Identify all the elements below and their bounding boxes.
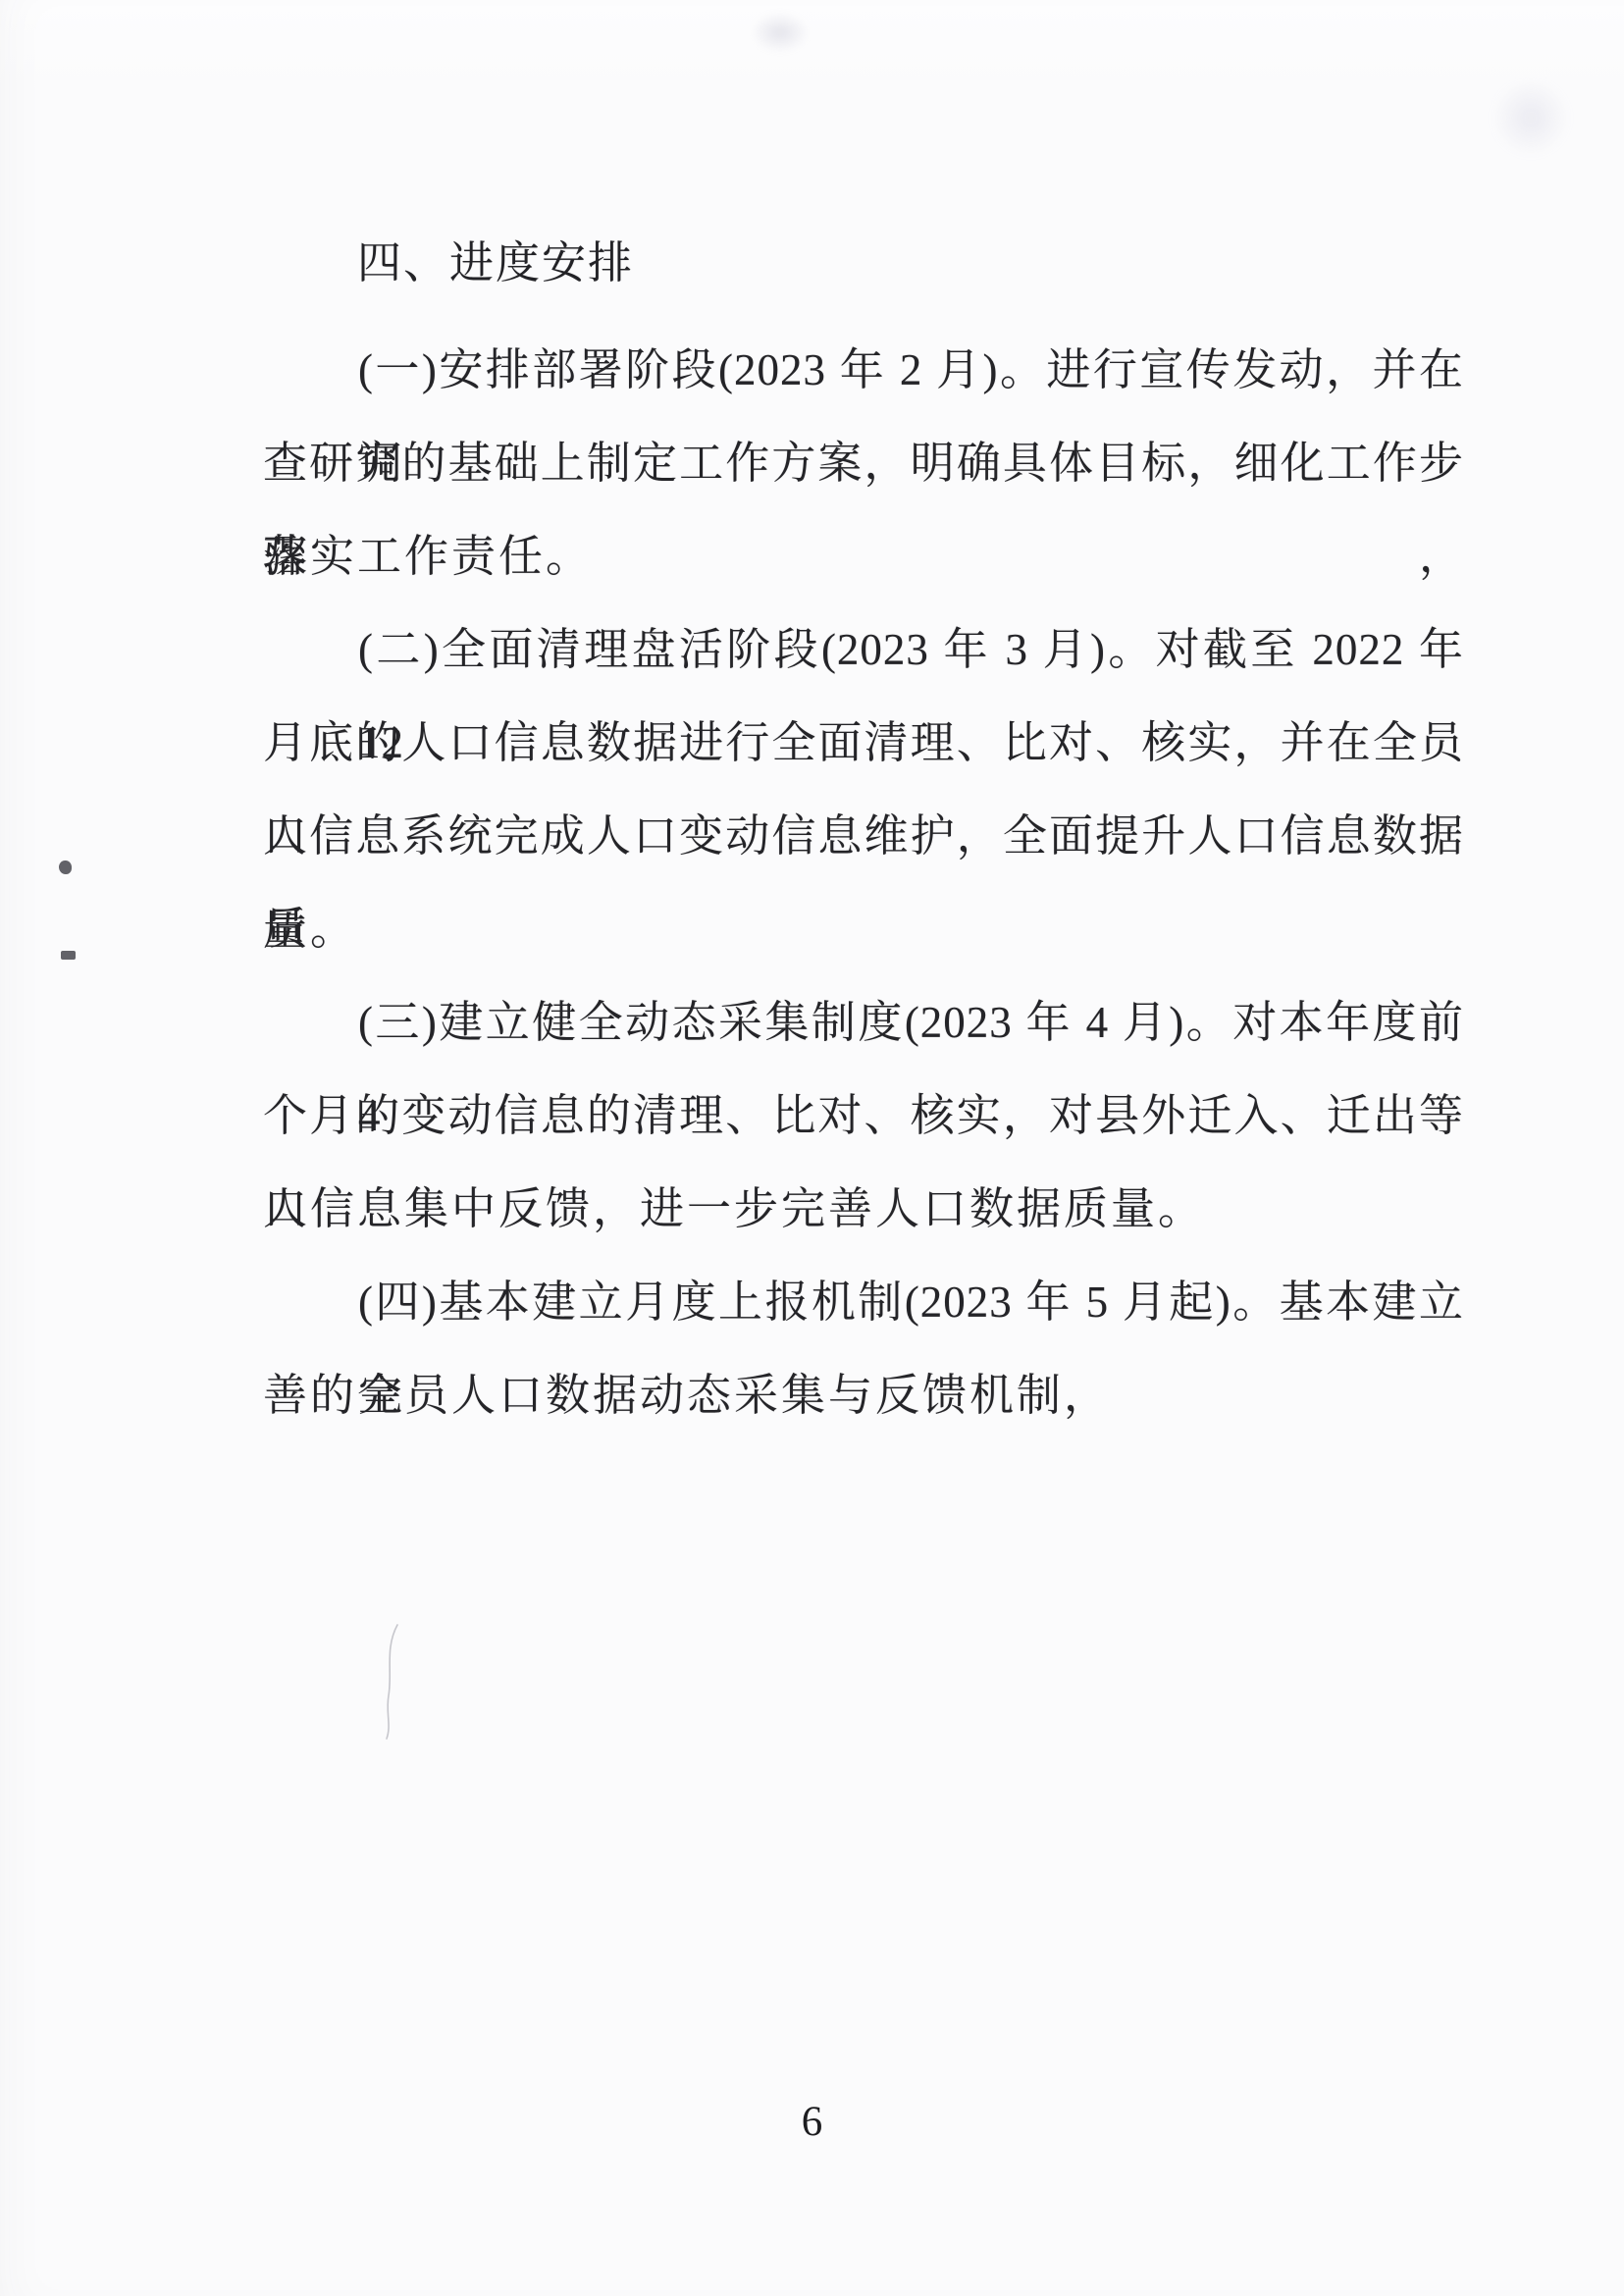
text-line: 善的全员人口数据动态采集与反馈机制， — [263, 1349, 1464, 1442]
text-line: 月底的人口信息数据进行全面清理、比对、核实，并在全员人 — [263, 697, 1464, 790]
text-line: (三)建立健全动态采集制度(2023 年 4 月)。对本年度前 4 — [263, 976, 1464, 1070]
text-line: 个月的变动信息的清理、比对、核实，对县外迁入、迁出等人 — [263, 1070, 1464, 1163]
text-line: (一)安排部署阶段(2023 年 2 月)。进行宣传发动，并在调 — [263, 324, 1464, 417]
scan-smudge-artifact — [1492, 78, 1570, 157]
scanner-hair-line-artifact — [371, 1621, 414, 1743]
scan-smudge-artifact — [751, 12, 810, 53]
text-line: 口信息集中反馈，进一步完善人口数据质量。 — [263, 1163, 1464, 1256]
scanned-document-page: 四、进度安排 (一)安排部署阶段(2023 年 2 月)。进行宣传发动，并在调 … — [0, 0, 1624, 2296]
text-line: 量。 — [263, 883, 1464, 976]
text-line: (二)全面清理盘活阶段(2023 年 3 月)。对截至 2022 年 12 — [263, 603, 1464, 697]
text-line: 口信息系统完成人口变动信息维护，全面提升人口信息数据质 — [263, 790, 1464, 883]
section-heading: 四、进度安排 — [357, 239, 634, 287]
page-number: 6 — [0, 2098, 1624, 2146]
document-body: (一)安排部署阶段(2023 年 2 月)。进行宣传发动，并在调 查研究的基础上… — [263, 324, 1464, 1442]
ink-mark-artifact — [61, 951, 76, 960]
text-line: (四)基本建立月度上报机制(2023 年 5 月起)。基本建立完 — [263, 1256, 1464, 1349]
ink-dot-artifact — [59, 861, 72, 874]
text-line: 查研究的基础上制定工作方案，明确具体目标，细化工作步骤， — [263, 417, 1464, 510]
